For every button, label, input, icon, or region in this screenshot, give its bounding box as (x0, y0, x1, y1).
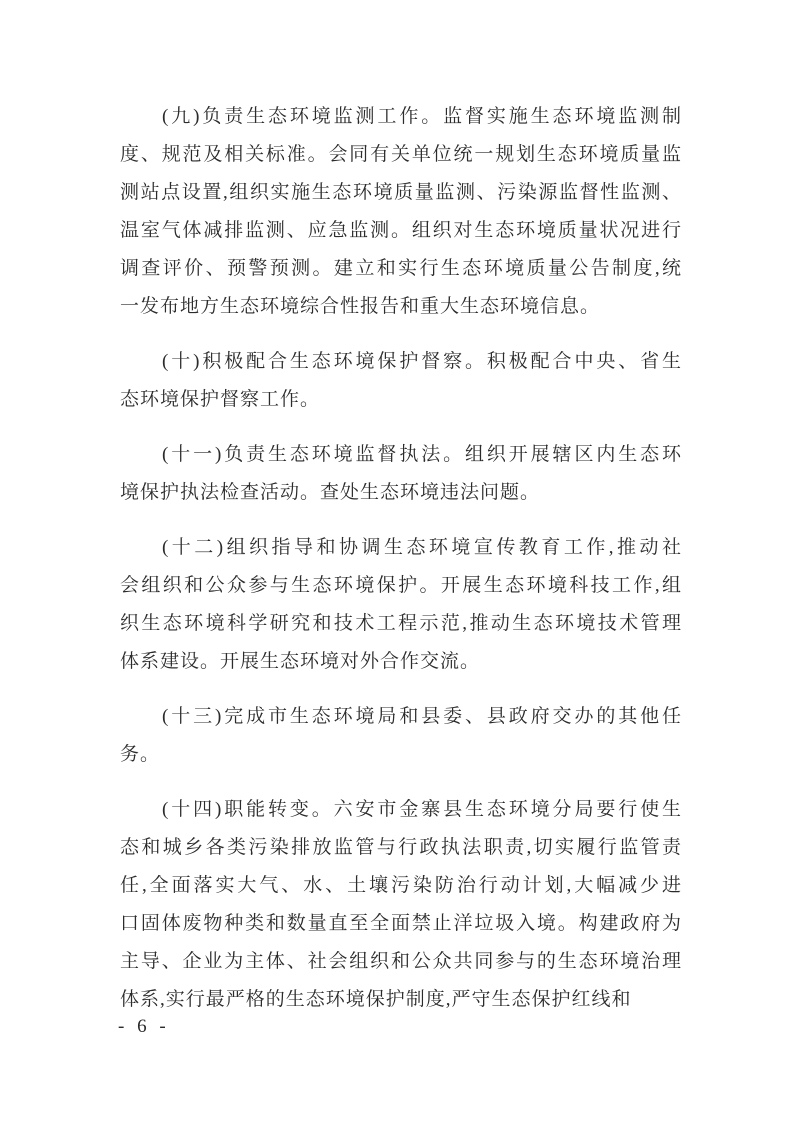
text-line: 口固体废物种类和数量直至全面禁止洋垃圾入境。构建政府为 (120, 905, 682, 943)
text-line: 会组织和公众参与生态环境保护。开展生态环境科技工作,组 (120, 567, 682, 605)
text-line: 一发布地方生态环境综合性报告和重大生态环境信息。 (120, 288, 682, 326)
paragraph: (十)积极配合生态环境保护督察。积极配合中央、省生态环境保护督察工作。 (120, 343, 682, 419)
text-line: 任,全面落实大气、水、土壤污染防治行动计划,大幅减少进 (120, 867, 682, 905)
text-line: (十二)组织指导和协调生态环境宣传教育工作,推动社 (120, 529, 682, 567)
text-line: 体系,实行最严格的生态环境保护制度,严守生态保护红线和 (120, 981, 682, 1019)
paragraph: (十四)职能转变。六安市金寨县生态环境分局要行使生态和城乡各类污染排放监管与行政… (120, 791, 682, 1019)
text-line: 温室气体减排监测、应急监测。组织对生态环境质量状况进行 (120, 212, 682, 250)
paragraph: (十三)完成市生态环境局和县委、县政府交办的其他任务。 (120, 698, 682, 774)
paragraph: (十一)负责生态环境监督执法。组织开展辖区内生态环境保护执法检查活动。查处生态环… (120, 436, 682, 512)
text-line: 务。 (120, 736, 682, 774)
text-line: (十)积极配合生态环境保护督察。积极配合中央、省生 (120, 343, 682, 381)
document-page: (九)负责生态环境监测工作。监督实施生态环境监测制度、规范及相关标准。会同有关单… (0, 0, 793, 1122)
paragraph: (十二)组织指导和协调生态环境宣传教育工作,推动社会组织和公众参与生态环境保护。… (120, 529, 682, 681)
document-body: (九)负责生态环境监测工作。监督实施生态环境监测制度、规范及相关标准。会同有关单… (120, 98, 682, 1019)
text-line: 态环境保护督察工作。 (120, 381, 682, 419)
text-line: 测站点设置,组织实施生态环境质量监测、污染源监督性监测、 (120, 174, 682, 212)
text-line: (九)负责生态环境监测工作。监督实施生态环境监测制 (120, 98, 682, 136)
paragraph: (九)负责生态环境监测工作。监督实施生态环境监测制度、规范及相关标准。会同有关单… (120, 98, 682, 326)
text-line: 调查评价、预警预测。建立和实行生态环境质量公告制度,统 (120, 250, 682, 288)
text-line: (十一)负责生态环境监督执法。组织开展辖区内生态环 (120, 436, 682, 474)
text-line: 度、规范及相关标准。会同有关单位统一规划生态环境质量监 (120, 136, 682, 174)
text-line: 境保护执法检查活动。查处生态环境违法问题。 (120, 474, 682, 512)
text-line: (十三)完成市生态环境局和县委、县政府交办的其他任 (120, 698, 682, 736)
text-line: 织生态环境科学研究和技术工程示范,推动生态环境技术管理 (120, 605, 682, 643)
page-number: - 6 - (118, 1012, 170, 1042)
text-line: 主导、企业为主体、社会组织和公众共同参与的生态环境治理 (120, 943, 682, 981)
text-line: (十四)职能转变。六安市金寨县生态环境分局要行使生 (120, 791, 682, 829)
text-line: 体系建设。开展生态环境对外合作交流。 (120, 643, 682, 681)
text-line: 态和城乡各类污染排放监管与行政执法职责,切实履行监管责 (120, 829, 682, 867)
